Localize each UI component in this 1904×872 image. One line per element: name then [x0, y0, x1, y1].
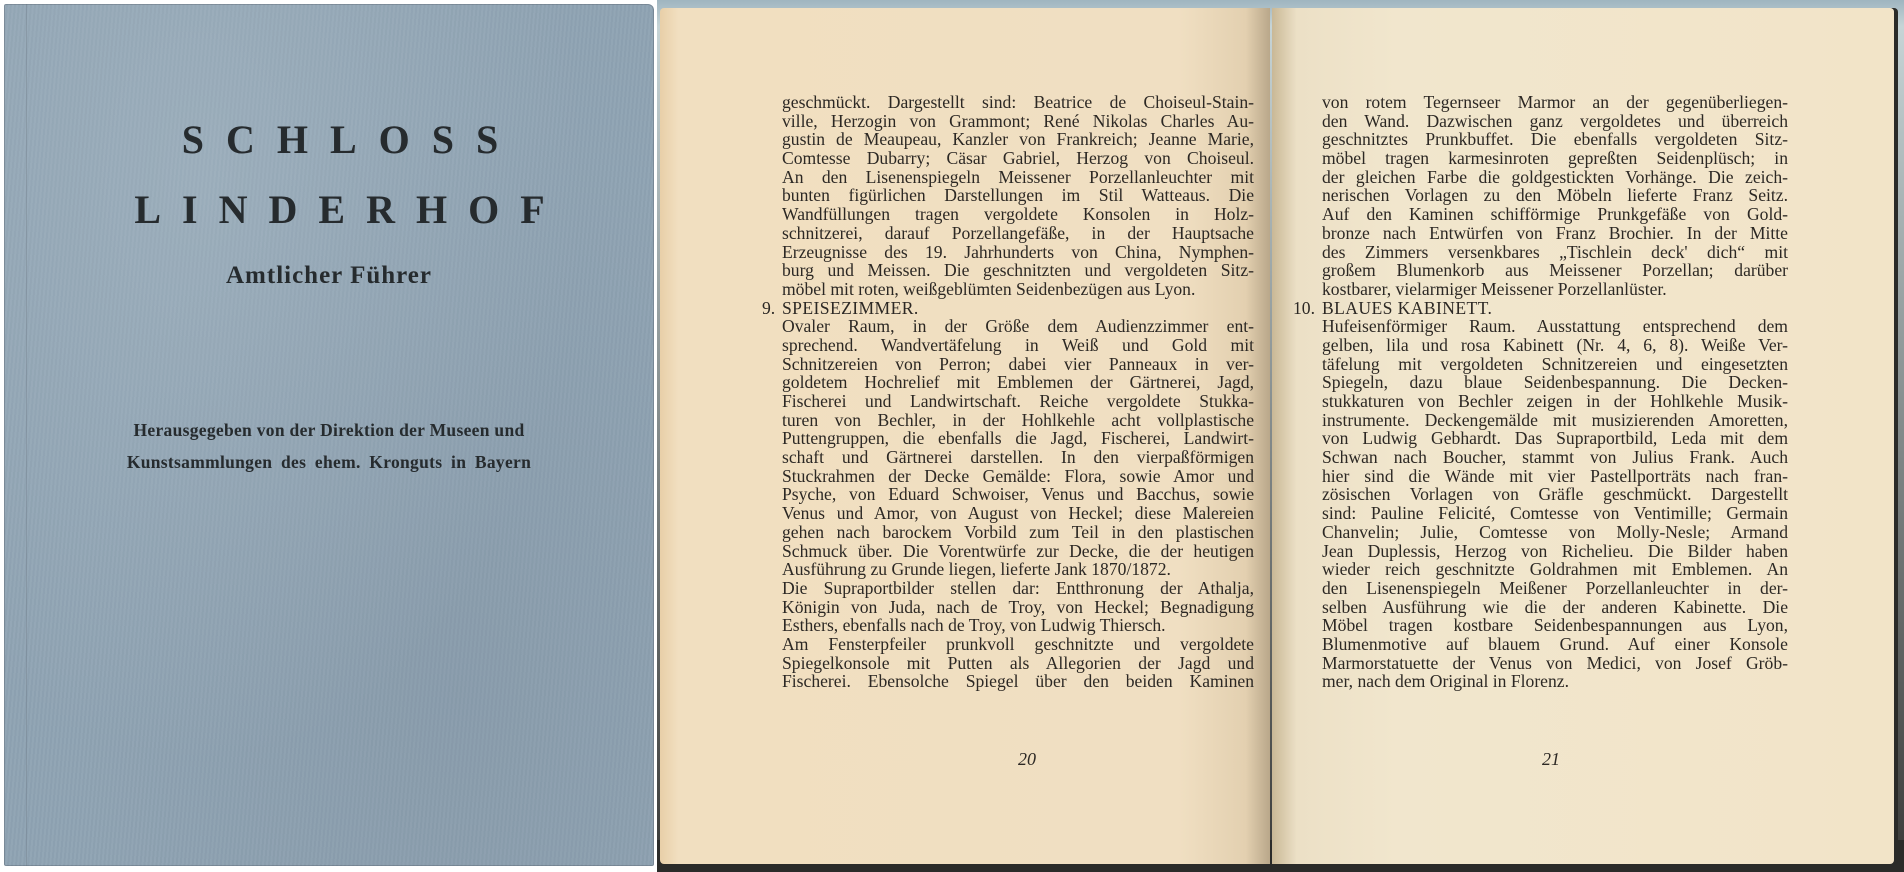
text-line: goldetem Hochrelief mit Emblemen der Gär…	[782, 373, 1254, 392]
text-line: Comtesse Dubarry; Cäsar Gabriel, Herzog …	[782, 149, 1254, 168]
text-line: schaft und Gärtnerei darstellen. In den …	[782, 448, 1254, 467]
text-line: großem Blumenkorb aus Meissener Porzella…	[1322, 261, 1788, 280]
text-line: der gleichen Farbe die goldgestickten Vo…	[1322, 168, 1788, 187]
right-page-text: von rotem Tegernseer Marmor an der gegen…	[1322, 93, 1788, 691]
text-line: Schnitzereien von Perron; dabei vier Pan…	[782, 355, 1254, 374]
section-title: BLAUES KABINETT.	[1322, 298, 1492, 318]
text-line: gehen nach barockem Vorbild zum Teil in …	[782, 523, 1254, 542]
text-line: Auf den Kaminen schifförmige Prunkgefäße…	[1322, 205, 1788, 224]
text-line: geschnitztes Prunkbuffet. Die ebenfalls …	[1322, 130, 1788, 149]
left-page-text: geschmückt. Dargestellt sind: Beatrice d…	[782, 93, 1254, 691]
text-line: Die Supraportbilder stellen dar: Entthro…	[782, 579, 1254, 598]
page-left: geschmückt. Dargestellt sind: Beatrice d…	[660, 8, 1270, 864]
left-page-lines: geschmückt. Dargestellt sind: Beatrice d…	[782, 93, 1254, 299]
text-line: Am Fensterpfeiler prunkvoll geschnitzte …	[782, 635, 1254, 654]
text-line: Fischerei. Ebensolche Spiegel über den b…	[782, 672, 1254, 691]
text-line: Möbel tragen kostbare Seidenbespannungen…	[1322, 616, 1788, 635]
section-number: 9.	[762, 299, 775, 318]
text-line: Hufeisenförmiger Raum. Ausstattung entsp…	[1322, 317, 1788, 336]
text-line: burg und Meissen. Die geschnitzten und v…	[782, 261, 1254, 280]
text-line: möbel tragen karmesinroten gepreßten Sei…	[1322, 149, 1788, 168]
book-cover: SCHLOSS LINDERHOF Amtlicher Führer Herau…	[4, 4, 654, 866]
cover-subtitle: Amtlicher Führer	[4, 262, 654, 290]
text-line: Stuckrahmen der Decke Gemälde: Flora, so…	[782, 467, 1254, 486]
text-line: An den Lisenenspiegeln Meissener Porzell…	[782, 168, 1254, 187]
text-line: Erzeugnisse des 19. Jahrhunderts von Chi…	[782, 243, 1254, 262]
section-heading-9: 9.SPEISEZIMMER.	[782, 299, 1254, 318]
text-line: ville, Herzogin von Grammont; René Nikol…	[782, 112, 1254, 131]
section-number: 10.	[1293, 299, 1315, 318]
text-line: wieder reich geschnitzte Goldrahmen mit …	[1322, 560, 1788, 579]
text-line: möbel mit roten, weißgeblümten Seidenbez…	[782, 280, 1254, 299]
text-line: mer, nach dem Original in Florenz.	[1322, 672, 1788, 691]
text-line: zösischen Vorlagen von Gräfle geschmückt…	[1322, 485, 1788, 504]
text-line: Marmorstatuette der Venus von Medici, vo…	[1322, 654, 1788, 673]
text-line: Venus und Amor, von August von Heckel; d…	[782, 504, 1254, 523]
cover-publisher-line2: Kunstsammlungen des ehem. Kronguts in Ba…	[4, 452, 654, 473]
text-line: des Zimmers versenkbares „Tischlein deck…	[1322, 243, 1788, 262]
text-line: Spiegeln, dazu blaue Seidenbespannung. D…	[1322, 373, 1788, 392]
text-line: Schmuck über. Die Vorentwürfe zur Decke,…	[782, 542, 1254, 561]
text-line: kostbarer, vielarmiger Meissener Porzell…	[1322, 280, 1788, 299]
text-line: sind: Pauline Felicité, Comtesse von Ven…	[1322, 504, 1788, 523]
text-line: den Lisenenspiegeln Meißener Porzellanle…	[1322, 579, 1788, 598]
text-line: gustin de Meaupeau, Kanzler von Frankrei…	[782, 130, 1254, 149]
text-line: Schwan nach Boucher, stammt von Julius F…	[1322, 448, 1788, 467]
text-line: Ausführung zu Grunde liegen, lieferte Ja…	[782, 560, 1254, 579]
text-line: von Ludwig Gebhardt. Das Supraportbild, …	[1322, 429, 1788, 448]
text-line: Ovaler Raum, in der Größe dem Audienzzim…	[782, 317, 1254, 336]
section-heading-10: 10.BLAUES KABINETT.	[1322, 299, 1788, 318]
text-line: stukkaturen von Bechler zeigen in der Ho…	[1322, 392, 1788, 411]
page-number-right: 21	[1240, 749, 1862, 770]
right-page-lines: von rotem Tegernseer Marmor an der gegen…	[1322, 93, 1788, 299]
text-line: selben Ausführung wie die der anderen Ka…	[1322, 598, 1788, 617]
text-line: Fischerei und Landwirtschaft. Reiche ver…	[782, 392, 1254, 411]
text-line: täfelung mit vergoldeten Schnitzereien u…	[1322, 355, 1788, 374]
text-line: Spiegelkonsole mit Putten als Allegorien…	[782, 654, 1254, 673]
cover-title-line1: SCHLOSS	[4, 116, 676, 163]
text-line: nerischen Vorlagen zu den Möbeln liefert…	[1322, 186, 1788, 205]
text-line: bronze nach Entwürfen von Franz Brochier…	[1322, 224, 1788, 243]
text-line: Jean Duplessis, Herzog von Richelieu. Di…	[1322, 542, 1788, 561]
page-right: von rotem Tegernseer Marmor an der gegen…	[1272, 8, 1894, 864]
text-line: schnitzerei, darauf Porzellangefäße, in …	[782, 224, 1254, 243]
section-title: SPEISEZIMMER.	[782, 298, 919, 318]
text-line: Puttengruppen, die ebenfalls die Jagd, F…	[782, 429, 1254, 448]
text-line: bunten figürlichen Darstellungen im Stil…	[782, 186, 1254, 205]
text-line: hier sind die Wände mit vier Pastellport…	[1322, 467, 1788, 486]
text-line: Blumenmotive auf blauem Grund. Auf einer…	[1322, 635, 1788, 654]
text-line: Psyche, von Eduard Schwoiser, Venus und …	[782, 485, 1254, 504]
text-line: instrumente. Deckengemälde mit musiziere…	[1322, 411, 1788, 430]
text-line: sprechend. Wandvertäfelung in Weiß und G…	[782, 336, 1254, 355]
text-line: von rotem Tegernseer Marmor an der gegen…	[1322, 93, 1788, 112]
cover-title-line2: LINDERHOF	[4, 186, 675, 233]
text-line: gelben, lila und rosa Kabinett (Nr. 4, 6…	[1322, 336, 1788, 355]
text-line: den Wand. Dazwischen ganz vergoldetes un…	[1322, 112, 1788, 131]
text-line: geschmückt. Dargestellt sind: Beatrice d…	[782, 93, 1254, 112]
text-line: Königin von Juda, nach de Troy, von Heck…	[782, 598, 1254, 617]
text-line: Chanvelin; Julie, Comtesse von Molly-Nes…	[1322, 523, 1788, 542]
text-line: Wandfüllungen tragen vergoldete Konsolen…	[782, 205, 1254, 224]
text-line: turen von Bechler, in der Hohlkehle acht…	[782, 411, 1254, 430]
left-section-lines: Ovaler Raum, in der Größe dem Audienzzim…	[782, 317, 1254, 691]
text-line: Esthers, ebenfalls nach de Troy, von Lud…	[782, 616, 1254, 635]
cover-publisher-line1: Herausgegeben von der Direktion der Muse…	[4, 420, 654, 441]
right-section-lines: Hufeisenförmiger Raum. Ausstattung entsp…	[1322, 317, 1788, 691]
